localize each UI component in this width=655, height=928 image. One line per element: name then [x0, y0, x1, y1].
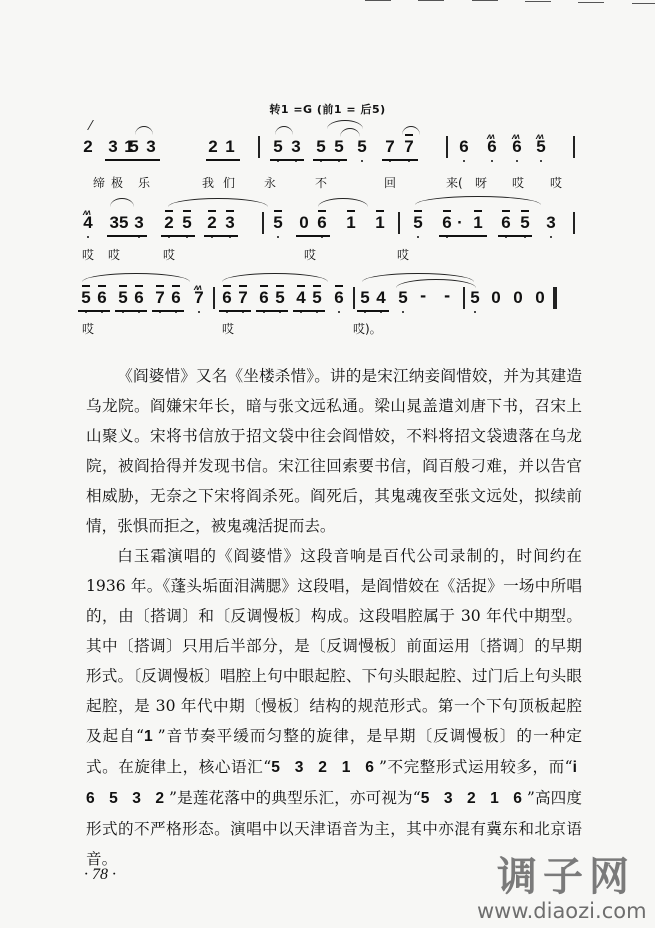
note: 5ᴧᴧ — [535, 138, 547, 156]
note-dot: · — [456, 214, 464, 232]
note: 0 — [512, 289, 524, 307]
lyric: 哎 — [163, 246, 175, 263]
body-text: 《阎婆惜》又名《坐楼杀惜》。讲的是宋江纳妾阎惜姣，并为其建造乌龙院。阎嫌宋年长，… — [86, 361, 582, 874]
note: 6ᴧᴧ — [486, 138, 498, 156]
note: 3 — [290, 138, 302, 156]
paragraph-synopsis: 《阎婆惜》又名《坐楼杀惜》。讲的是宋江纳妾阎惜姣，并为其建造乌龙院。阎嫌宋年长，… — [86, 361, 582, 541]
note: 1 — [472, 214, 484, 232]
note: 7ᴧᴧ — [193, 289, 205, 307]
key-change-marking: 转1 =G (前1 = 后5) — [0, 101, 655, 117]
note: 5 — [397, 289, 409, 307]
note: 5 — [272, 138, 284, 156]
lyrics-row-2: 哎 哎 哎 哎 哎 — [0, 246, 655, 264]
note: 5 — [315, 138, 327, 156]
final-barline — [553, 287, 557, 309]
note: 5 — [272, 214, 284, 232]
lyric: 哎 — [82, 246, 94, 263]
note: 5 — [311, 289, 323, 307]
note: 5 — [333, 138, 345, 156]
note: 4ᴧᴧ — [82, 214, 94, 232]
note: 2 — [82, 138, 94, 156]
lyric: 缔 — [93, 174, 105, 191]
note: 6 — [316, 214, 328, 232]
note: 1 — [345, 214, 357, 232]
note: 5 — [356, 138, 368, 156]
text-run: ”是莲花落中的典型乐汇，亦可视为“ — [169, 789, 421, 807]
note: 3 — [545, 214, 557, 232]
lyric: 哎 — [108, 246, 120, 263]
lyric: 呀 — [475, 174, 487, 191]
text-run: 白玉霜演唱的《阎婆惜》这段音响是百代公司录制的，时间约在 1936 年。《蓬头垢… — [86, 547, 582, 745]
note: 5 — [412, 214, 424, 232]
note: 1 — [374, 214, 386, 232]
jianpu-motif: 5 3 2 1 6 — [421, 790, 527, 807]
lyrics-row-3: 哎 哎 哎)。 — [0, 320, 655, 338]
note: 3 — [224, 214, 236, 232]
lyric: 哎 — [82, 320, 94, 337]
text-run: ”不完整形式运用较多，而“ — [379, 758, 573, 776]
lyric: 不 — [315, 174, 327, 191]
note: 3 — [133, 214, 145, 232]
note: 6 — [441, 214, 453, 232]
note: 4 — [295, 289, 307, 307]
note: 6 — [458, 138, 470, 156]
lyric: 我 — [202, 174, 214, 191]
note: 5 — [469, 289, 481, 307]
note: 5 — [274, 289, 286, 307]
note: 6 — [170, 289, 182, 307]
note: 0 — [490, 289, 502, 307]
note: 5 — [80, 289, 92, 307]
lyric: 永 — [264, 174, 276, 191]
watermark: 调子网 www.diaozi.com — [485, 855, 647, 923]
note: 6 — [221, 289, 233, 307]
note: 2 — [207, 138, 219, 156]
note: 7 — [384, 138, 396, 156]
lyric: 哎 — [304, 246, 316, 263]
lyric: 们 — [223, 174, 235, 191]
note: 0 — [534, 289, 546, 307]
lyric: 哎 — [550, 174, 562, 191]
note: 2 — [206, 214, 218, 232]
note: 0 — [298, 214, 310, 232]
note: 6ᴧᴧ — [511, 138, 523, 156]
note: 7 — [403, 138, 415, 156]
watermark-url: www.diaozi.com — [477, 899, 647, 923]
note: 3 — [145, 138, 157, 156]
page-number: · 78 · — [84, 866, 116, 884]
watermark-name: 调子网 — [497, 855, 647, 899]
note: 5 — [117, 289, 129, 307]
note: 5 — [128, 138, 140, 156]
note: 6 — [500, 214, 512, 232]
sustain-dash: - — [420, 287, 426, 305]
note: 5 — [359, 289, 371, 307]
note: 6 — [96, 289, 108, 307]
lyric: 哎)。 — [353, 320, 382, 337]
note: 7 — [237, 289, 249, 307]
paragraph-analysis: 白玉霜演唱的《阎婆惜》这段音响是百代公司录制的，时间约在 1936 年。《蓬头垢… — [86, 541, 582, 874]
note: 5 — [519, 214, 531, 232]
note: 1 — [224, 138, 236, 156]
note: 6 — [133, 289, 145, 307]
lyric: 回 — [384, 174, 396, 191]
jianpu-motif: 5 3 2 1 6 — [271, 759, 379, 776]
note: 5 — [181, 214, 193, 232]
score-row-1: 2 3 1 5 3 2 1 5 3 5 5 5 7 7 6 6ᴧᴧ 6ᴧᴧ 5ᴧ… — [0, 138, 655, 178]
jianpu-inline: 1 — [144, 728, 158, 745]
note: 6 — [333, 289, 345, 307]
note: 4 — [375, 289, 387, 307]
lyric: 哎 — [397, 246, 409, 263]
lyric: 乐 — [138, 174, 150, 191]
lyric: 哎 — [512, 174, 524, 191]
lyrics-row-1: 缔 极 乐 我 们 永 不 回 来( 呀 哎 哎 — [0, 174, 655, 192]
top-edge-rules — [360, 0, 655, 6]
lyric: 来( — [446, 174, 463, 191]
note: 35 — [108, 214, 130, 232]
note: 7 — [154, 289, 166, 307]
note: 6 — [258, 289, 270, 307]
sustain-dash: - — [444, 287, 450, 305]
lyric: 哎 — [222, 320, 234, 337]
note: 3 — [107, 138, 119, 156]
note: 2 — [163, 214, 175, 232]
lyric: 极 — [111, 174, 123, 191]
